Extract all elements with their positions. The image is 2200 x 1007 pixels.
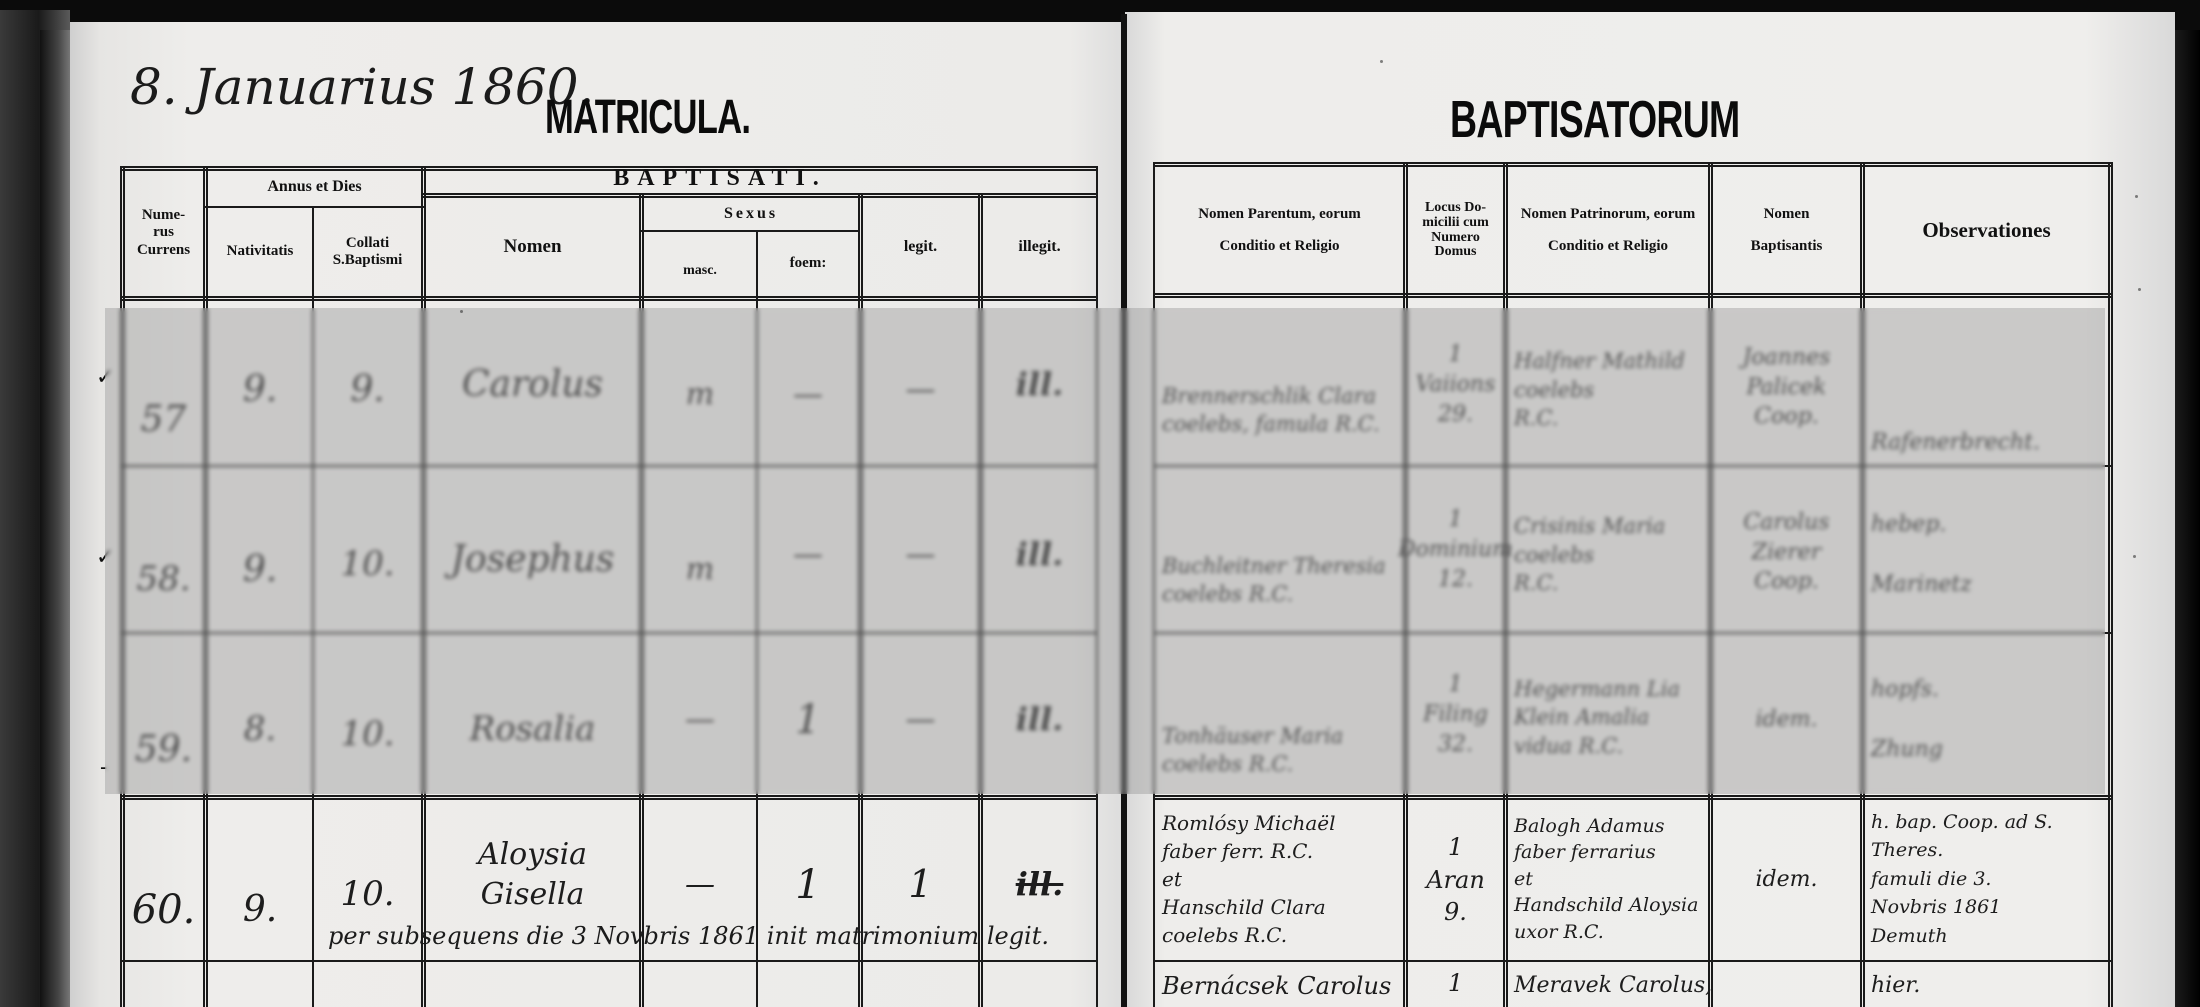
redaction-overlay (105, 308, 2105, 794)
right-page-title: BAPTISATORUM (1450, 90, 1739, 150)
row-legit: 1 (908, 859, 932, 910)
header-illegit: illegit. (983, 198, 1096, 296)
header-locus-domicilii: Locus Do- micilii cum Numero Domus (1408, 168, 1503, 293)
header-annus-et-dies: Annus et Dies (208, 168, 421, 206)
row-illegit: ill. (1016, 863, 1064, 906)
row-locus: 1 (1448, 967, 1463, 999)
row-collati: 10. (340, 872, 394, 918)
row-patrinorum: Balogh Adamus faber ferrarius et Handsch… (1514, 813, 1698, 946)
row-observationes: hier. (1871, 971, 1920, 1001)
header-nomen: Nomen (426, 198, 639, 296)
row-numerus: 60. (132, 883, 196, 937)
row-nomen: Aloysia Gisella (478, 835, 587, 916)
row-patrinorum: Meravek Carolus, (1514, 971, 1712, 1001)
header-nomen-parentum: Nomen Parentum, eorum Conditio et Religi… (1156, 168, 1403, 293)
row-legitimation-note: per subsequens die 3 Novbris 1861 init m… (328, 922, 1049, 950)
left-page-title: MATRICULA. (545, 90, 750, 145)
header-observationes: Observationes (1865, 168, 2108, 293)
header-sexus: Sexus (644, 198, 858, 230)
row-foem: 1 (795, 858, 820, 912)
row-baptisantis: idem. (1756, 865, 1818, 895)
book-spine-edge (40, 30, 70, 1007)
row-locus: 1 Aran 9. (1426, 831, 1485, 928)
row-nativitatis: 9. (243, 886, 277, 935)
row-observationes: h. bap. Coop. ad S. Theres. famuli die 3… (1871, 808, 2114, 951)
row-masc: — (685, 865, 715, 906)
header-baptisati: BAPTISATI. (560, 164, 880, 194)
date-heading: 8. Januarius 1860. (130, 58, 594, 116)
header-nomen-patrinorum: Nomen Patrinorum, eorum Conditio et Reli… (1508, 168, 1708, 293)
header-foem: foem: (758, 232, 858, 296)
header-legit: legit. (863, 198, 978, 296)
header-masc: masc. (644, 232, 756, 296)
header-numerus-currens: Nume- rus Currens (124, 170, 203, 296)
row-parentum: Bernácsek Carolus (1162, 970, 1391, 1002)
header-nomen-baptisantis: Nomen Baptisantis (1713, 168, 1860, 293)
header-collati-baptismi: Collati S.Baptismi (314, 208, 421, 296)
header-nativitatis: Nativitatis (208, 208, 312, 296)
row-parentum: Romlósy Michaël faber ferr. R.C. et Hans… (1162, 809, 1336, 949)
